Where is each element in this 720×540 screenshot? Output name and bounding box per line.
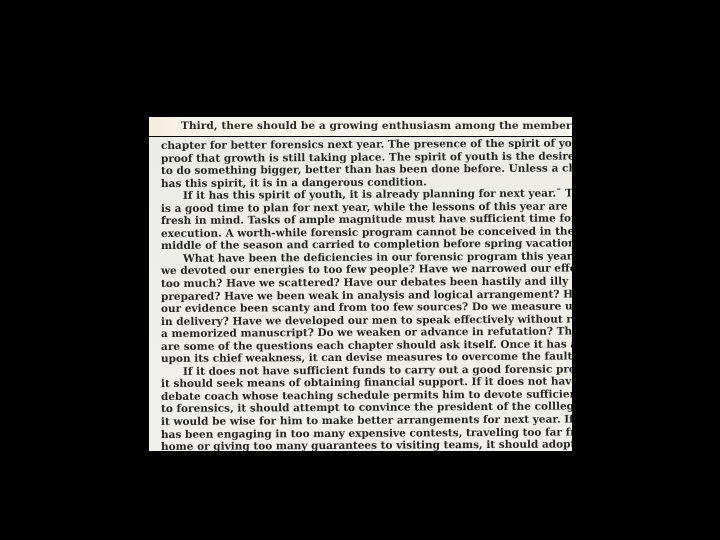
scanned-page: chapter for better forensics next year. … [149,137,572,451]
body-text: chapter for better forensics next year. … [161,140,565,451]
text-line: home or giving too many guarantees to vi… [161,439,565,451]
header-text-strip: Third, there should be a growing enthusi… [149,117,572,136]
header-line: Third, there should be a growing enthusi… [181,120,572,132]
